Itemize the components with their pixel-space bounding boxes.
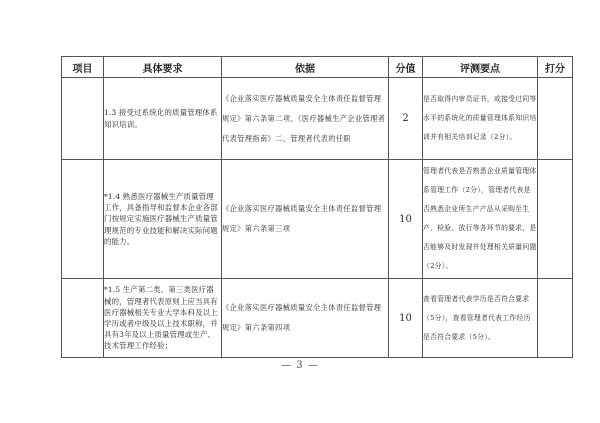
page-number: — 3 — — [0, 360, 600, 371]
cell-evaluation-points: 管理者代表是否熟悉企业质量管理体系管理工作（2分），管理者代表是否熟悉企业所生产… — [423, 160, 538, 279]
cell-basis: 《企业落实医疗器械质量安全主体责任监督管理规定》第六条第三项 — [222, 160, 389, 279]
table-row: *1.5 生产第二类、第三类医疗器械的，管理者代表原则上应当具有医疗器械相关专业… — [62, 279, 573, 358]
header-score: 分值 — [389, 57, 423, 78]
cell-evaluation-points: 查看管理者代表学历是否符合要求（5分），查看管理者代表工作经历是否符合要求（5分… — [423, 279, 538, 358]
cell-score: 2 — [389, 78, 423, 160]
cell-requirement: 1.3 接受过系统化的质量管理体系知识培训。 — [104, 78, 222, 160]
cell-basis: 《企业落实医疗器械质量安全主体责任监督管理规定》第六条第二项、《医疗器械生产企业… — [222, 78, 389, 160]
cell-item — [62, 279, 104, 358]
evaluation-table: 项目 具体要求 依据 分值 评测要点 打分 1.3 接受过系统化的质量管理体系知… — [61, 56, 573, 358]
header-basis: 依据 — [222, 57, 389, 78]
cell-score: 10 — [389, 160, 423, 279]
header-requirement: 具体要求 — [104, 57, 222, 78]
cell-item — [62, 78, 104, 160]
cell-item — [62, 160, 104, 279]
table-row: 1.3 接受过系统化的质量管理体系知识培训。 《企业落实医疗器械质量安全主体责任… — [62, 78, 573, 160]
cell-grading[interactable] — [538, 279, 573, 358]
header-grading: 打分 — [538, 57, 573, 78]
cell-basis: 《企业落实医疗器械质量安全主体责任监督管理规定》第六条第四项 — [222, 279, 389, 358]
cell-evaluation-points: 是否取得内审员证书，或接受过同等水平的系统化的质量管理体系知识培训并有相关培训记… — [423, 78, 538, 160]
cell-requirement: *1.5 生产第二类、第三类医疗器械的，管理者代表原则上应当具有医疗器械相关专业… — [104, 279, 222, 358]
cell-score: 10 — [389, 279, 423, 358]
cell-requirement: *1.4 熟悉医疗器械生产质量管理工作，具备指导和监督本企业各部门按规定实施医疗… — [104, 160, 222, 279]
table-row: *1.4 熟悉医疗器械生产质量管理工作，具备指导和监督本企业各部门按规定实施医疗… — [62, 160, 573, 279]
cell-grading[interactable] — [538, 160, 573, 279]
cell-grading[interactable] — [538, 78, 573, 160]
header-evaluation-points: 评测要点 — [423, 57, 538, 78]
table-header-row: 项目 具体要求 依据 分值 评测要点 打分 — [62, 57, 573, 78]
header-item: 项目 — [62, 57, 104, 78]
